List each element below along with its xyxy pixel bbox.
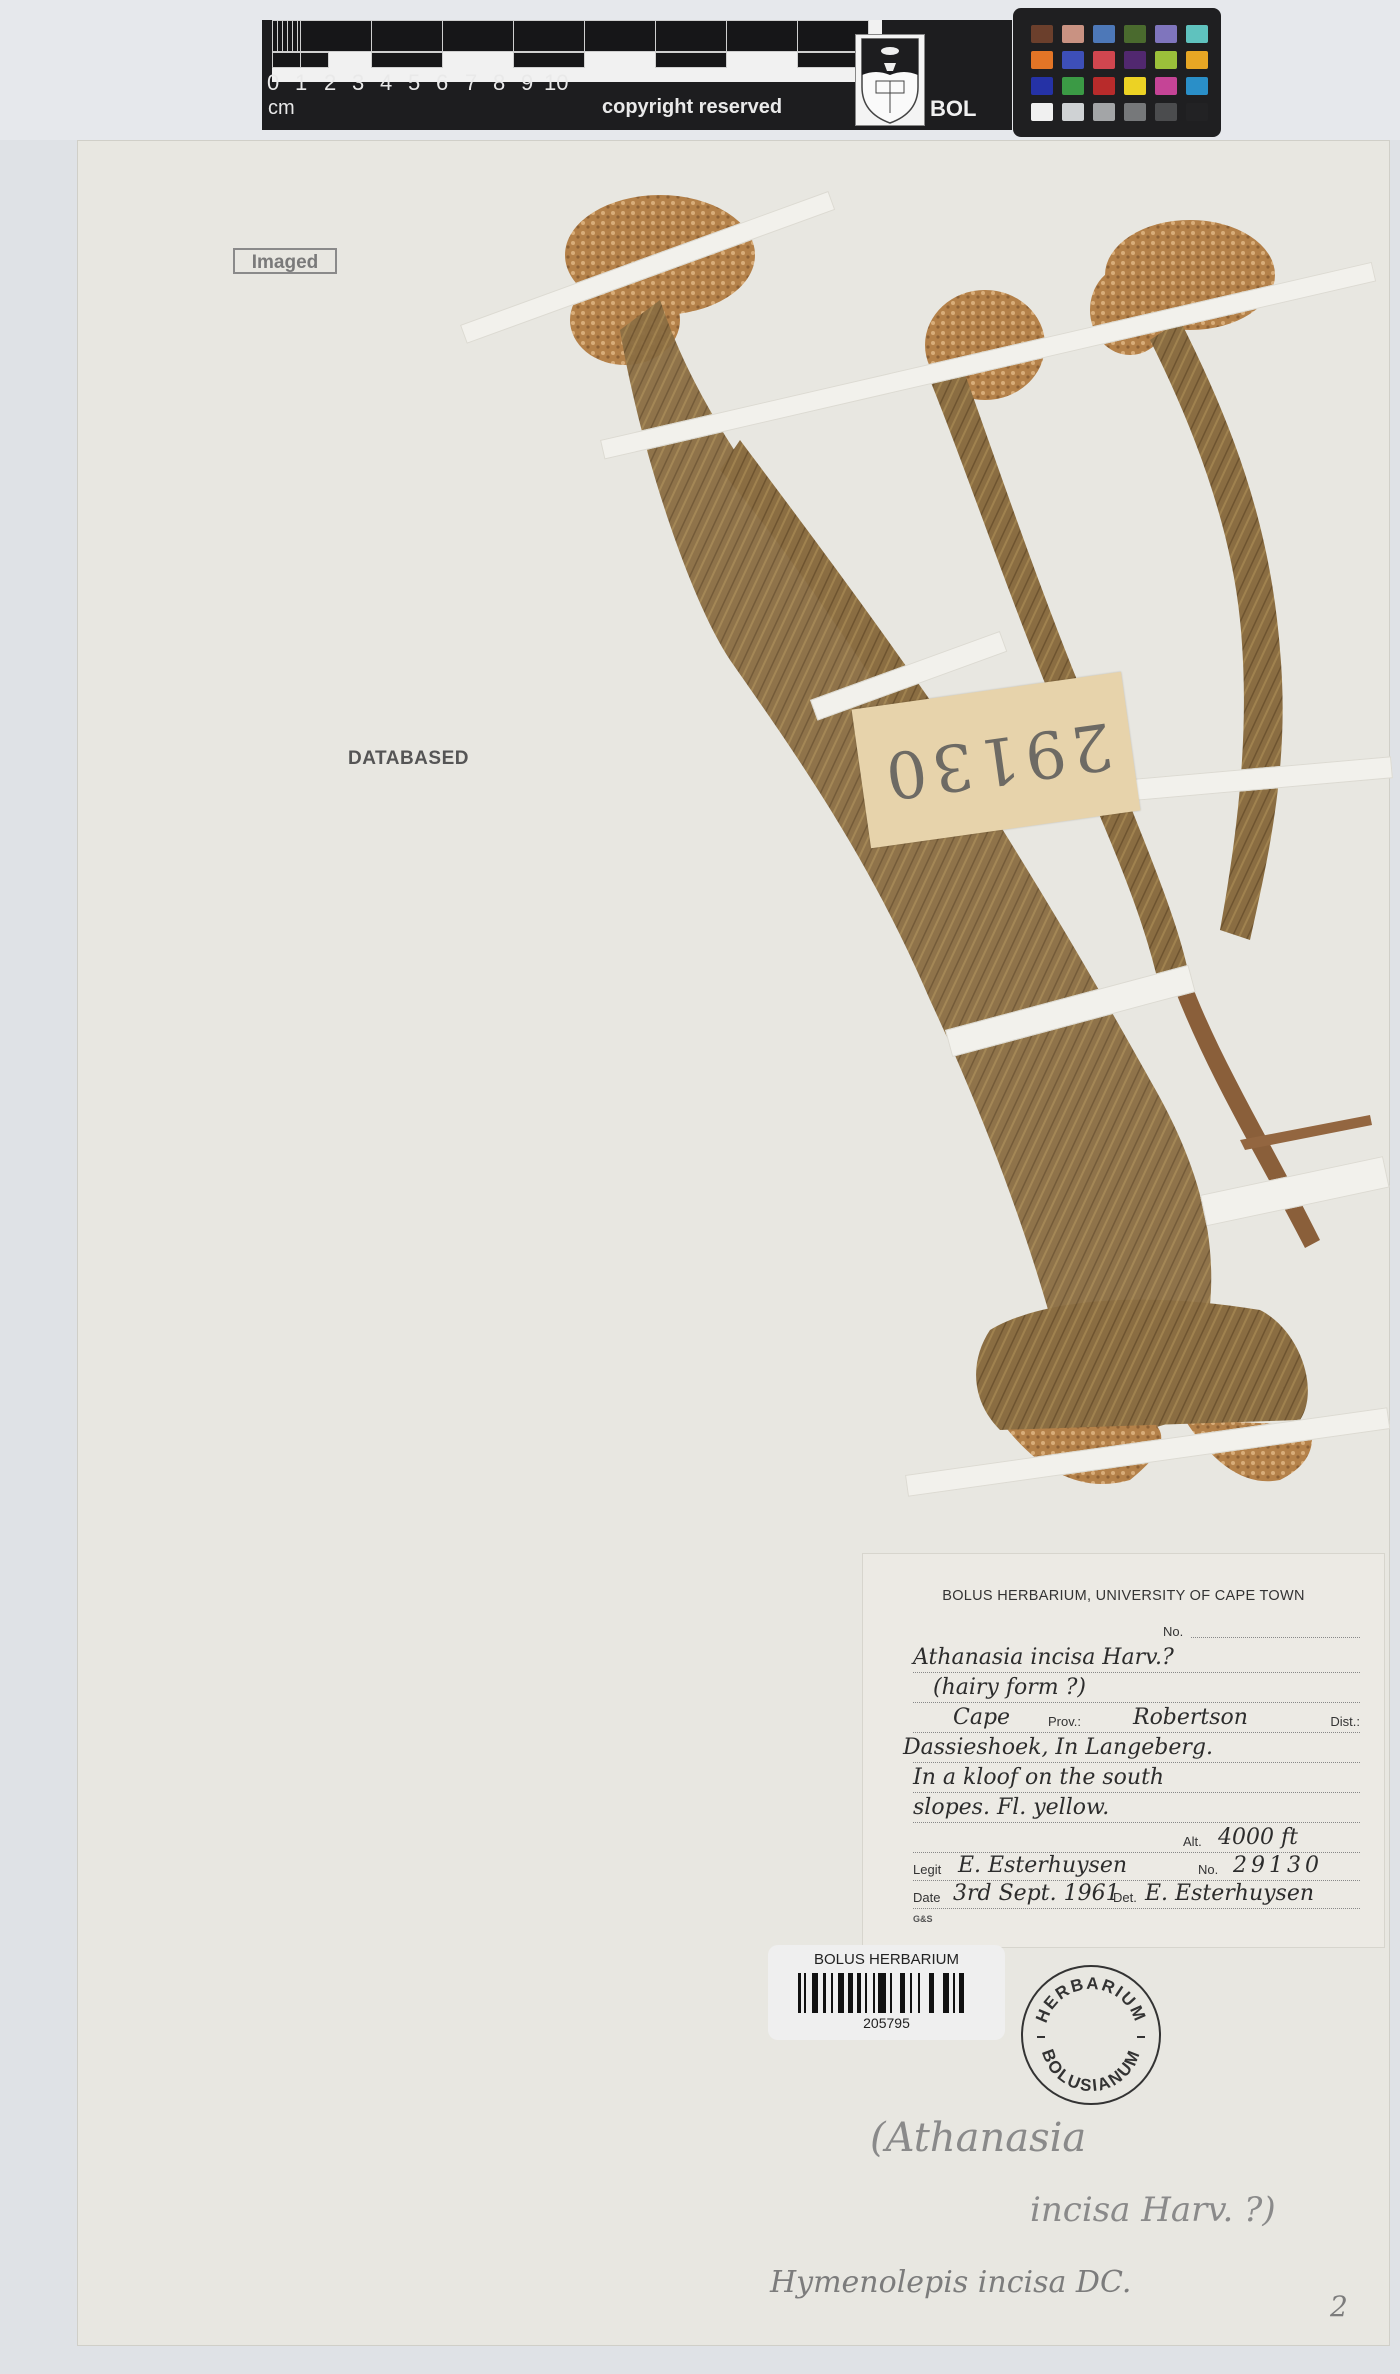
taxon-note: (hairy form ?) [933,1675,1086,1700]
barcode-label: BOLUS HERBARIUM 205795 [768,1945,1005,2040]
locality-line-1: Dassieshoek, In Langeberg. [903,1735,1213,1760]
pencil-annotation-epithet: incisa Harv. ?) [1030,2190,1276,2230]
determiner-value: E. Esterhuysen [1145,1881,1314,1906]
seal-text-bottom: BOLUSIANUM [1038,2046,1144,2095]
barcode-number: 205795 [768,2015,1005,2031]
barcode-title: BOLUS HERBARIUM [768,1951,1005,1968]
date-value: 3rd Sept. 1961 [953,1881,1120,1906]
herbarium-seal-stamp: HERBARIUM BOLUSIANUM [1021,1965,1161,2105]
locality-line-2: In a kloof on the south [913,1765,1164,1790]
herbarium-label: BOLUS HERBARIUM, UNIVERSITY OF CAPE TOWN… [862,1553,1385,1948]
date-label: Date [913,1890,940,1905]
collection-no-value: 29130 [1233,1853,1323,1878]
label-header: BOLUS HERBARIUM, UNIVERSITY OF CAPE TOWN [863,1588,1384,1604]
sheet-number: 2 [1330,2290,1348,2323]
collector-value: E. Esterhuysen [958,1853,1127,1878]
plant-specimen [0,0,1400,2374]
det-label: Det. [1113,1890,1137,1905]
altitude-value: 4000 ft [1218,1825,1298,1850]
svg-text:HERBARIUM: HERBARIUM [1032,1974,1150,2026]
barcode-icon [798,1973,978,2013]
svg-text:BOLUSIANUM: BOLUSIANUM [1038,2046,1144,2095]
legit-label: Legit [913,1862,941,1877]
printer-mark: G&S [913,1914,933,1924]
collection-no-label: No. [1198,1862,1218,1877]
pencil-annotation-synonym: Hymenolepis incisa DC. [770,2265,1131,2300]
taxon-name: Athanasia incisa Harv.? [913,1645,1174,1670]
alt-label: Alt. [1183,1834,1202,1849]
pencil-annotation-genus: (Athanasia [870,2115,1086,2161]
district-value: Robertson [1133,1705,1248,1730]
province-value: Cape [953,1705,1010,1730]
seal-text-top: HERBARIUM [1032,1974,1150,2026]
prov-label: Prov.: [1048,1714,1081,1729]
dist-label: Dist.: [1330,1714,1360,1729]
no-label: No. [1163,1624,1183,1639]
locality-line-3: slopes. Fl. yellow. [913,1795,1109,1820]
